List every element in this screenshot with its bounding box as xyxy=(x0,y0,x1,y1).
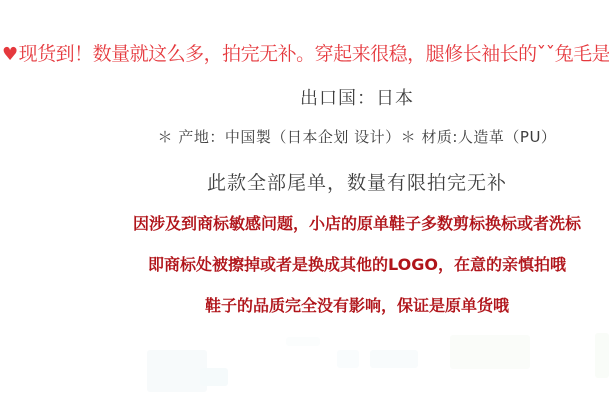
watermark-blob xyxy=(286,337,320,346)
watermark-blob xyxy=(595,333,609,378)
export-country-line: 出口国：日本 xyxy=(57,84,609,110)
product-description-image: ♥现货到！数量就这么多，拍完无补。穿起来很稳，腿修长袖长的ˇˇ兔毛是真 出口国：… xyxy=(0,0,609,410)
heart-icon: ♥ xyxy=(2,44,18,65)
trademark-notice-line-1: 因涉及到商标敏感问题，小店的原单鞋子多数剪标换标或者洗标 xyxy=(57,211,609,234)
promo-banner-text: 现货到！数量就这么多，拍完无补。穿起来很稳，腿修长袖长的ˇˇ兔毛是真 xyxy=(19,43,609,65)
promo-banner: ♥现货到！数量就这么多，拍完无补。穿起来很稳，腿修长袖长的ˇˇ兔毛是真 xyxy=(2,39,609,66)
watermark-blob xyxy=(337,350,359,368)
quality-guarantee-line: 鞋子的品质完全没有影响，保证是原单货哦 xyxy=(57,293,609,316)
trademark-notice-line-2: 即商标处被擦掉或者是换成其他的LOGO，在意的亲慎拍哦 xyxy=(57,252,609,275)
watermark-blob xyxy=(200,368,228,386)
watermark-blob xyxy=(147,350,207,392)
stock-note-line: 此款全部尾单，数量有限拍完无补 xyxy=(57,168,609,195)
watermark-blob xyxy=(450,335,530,369)
watermark-blob xyxy=(370,350,418,368)
origin-material-line: ＊ 产地：中国製（日本企划 设计）＊ 材质:人造革（PU） xyxy=(57,126,609,147)
